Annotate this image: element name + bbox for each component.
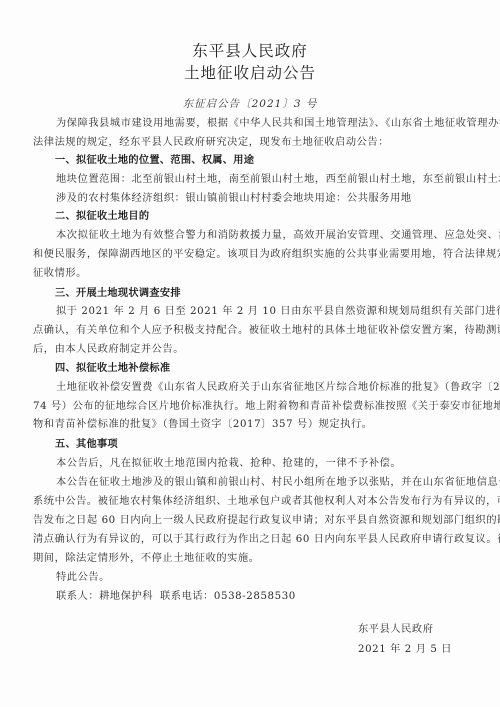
section-4-line-3: 物和青苗补偿标准的批复》（鲁国土资字〔2017〕357 号）规定执行。: [33, 419, 373, 431]
document-title: 土地征收启动公告: [0, 64, 500, 82]
issuer-title: 东平县人民政府: [0, 42, 500, 60]
section-heading-4: 四、拟征收土地补偿标准: [55, 363, 170, 375]
intro-line-1: 为保障我县城市建设用地需要，根据《中华人民共和国土地管理法》、《山东省土地征收管…: [56, 118, 467, 130]
section-4-line-1: 土地征收补偿安置费《山东省人民政府关于山东省征地区片综合地价标准的批复》（鲁政字…: [56, 382, 467, 394]
section-heading-2: 二、拟征收土地目的: [55, 211, 149, 223]
section-5-line-2: 本公告在征收土地涉及的银山镇和前银山村、村民小组所在地予以张贴，并在山东省征地信…: [56, 477, 467, 489]
signature-issuer: 东平县人民政府: [358, 624, 434, 636]
section-4-line-2: 74 号）公布的征地综合区片地价标准执行。地上附着物和青苗补偿费标准按照《关于泰…: [33, 401, 467, 413]
section-heading-1: 一、拟征收土地的位置、范围、权属、用途: [55, 155, 254, 167]
section-3-line-3: 后，由本人民政府制定并公告。: [33, 344, 184, 356]
section-5-line-1: 本公告后，凡在拟征收土地范围内抢栽、抢种、抢建的，一律不予补偿。: [56, 458, 401, 470]
section-5-line-4: 告发布之日起 60 日内向上一级人民政府提起行政复议申请；对东平县自然资源和规划…: [33, 515, 467, 527]
signature-date: 2021 年 2 月 5 日: [358, 644, 452, 656]
closing-text: 特此公告。: [56, 572, 110, 584]
section-2-line-3: 征收情形。: [33, 268, 87, 280]
section-5-line-6: 期间，除法定情形外，不停止土地征收的实施。: [33, 553, 260, 565]
contact-person: 联系人：耕地保护科: [56, 591, 153, 603]
section-3-line-1: 拟于 2021 年 2 月 6 日至 2021 年 2 月 10 日由东平县自然…: [56, 306, 467, 318]
section-1-line-2: 涉及的农村集体经济组织：银山镇前银山村村委会: [56, 193, 293, 205]
intro-line-2: 法律法规的规定，经东平县人民政府研究决定，现发布土地征收启动公告：: [33, 137, 389, 149]
contact-phone: 联系电话：0538-2858530: [160, 591, 296, 603]
section-5-line-5: 清点确认行为有异议的，可以于其行政行为作出之日起 60 日内向东平县人民政府申请…: [33, 534, 467, 546]
section-5-line-3: 系统中公告。被征地农村集体经济组织、土地承包户或者其他权利人对本公告发布行为有异…: [33, 496, 467, 508]
section-heading-5: 五、其他事项: [55, 439, 118, 451]
section-1-land-use: 地块用途：公共服务用地: [293, 193, 412, 205]
section-2-line-1: 本次拟征收土地为有效整合警力和消防救援力量，高效开展治安管理、交通管理、应急处突…: [56, 230, 467, 242]
document-number: 东征启公告〔2021〕3 号: [0, 96, 500, 111]
document-page: 东平县人民政府 土地征收启动公告 东征启公告〔2021〕3 号 为保障我县城市建…: [0, 0, 500, 707]
section-3-line-2: 点确认，有关单位和个人应予积极支持配合。被征收土地村的具体土地征收补偿安置方案，…: [33, 325, 467, 337]
section-2-line-2: 和便民服务，保障湖西地区的平安稳定。该项目为政府组织实施的公共事业需要用地，符合…: [33, 249, 467, 261]
section-1-line-1: 地块位置范围：北至前银山村土地，南至前银山村土地，西至前银山村土地，东至前银山村…: [56, 174, 467, 186]
section-heading-3: 三、开展土地现状调查安排: [55, 288, 181, 300]
